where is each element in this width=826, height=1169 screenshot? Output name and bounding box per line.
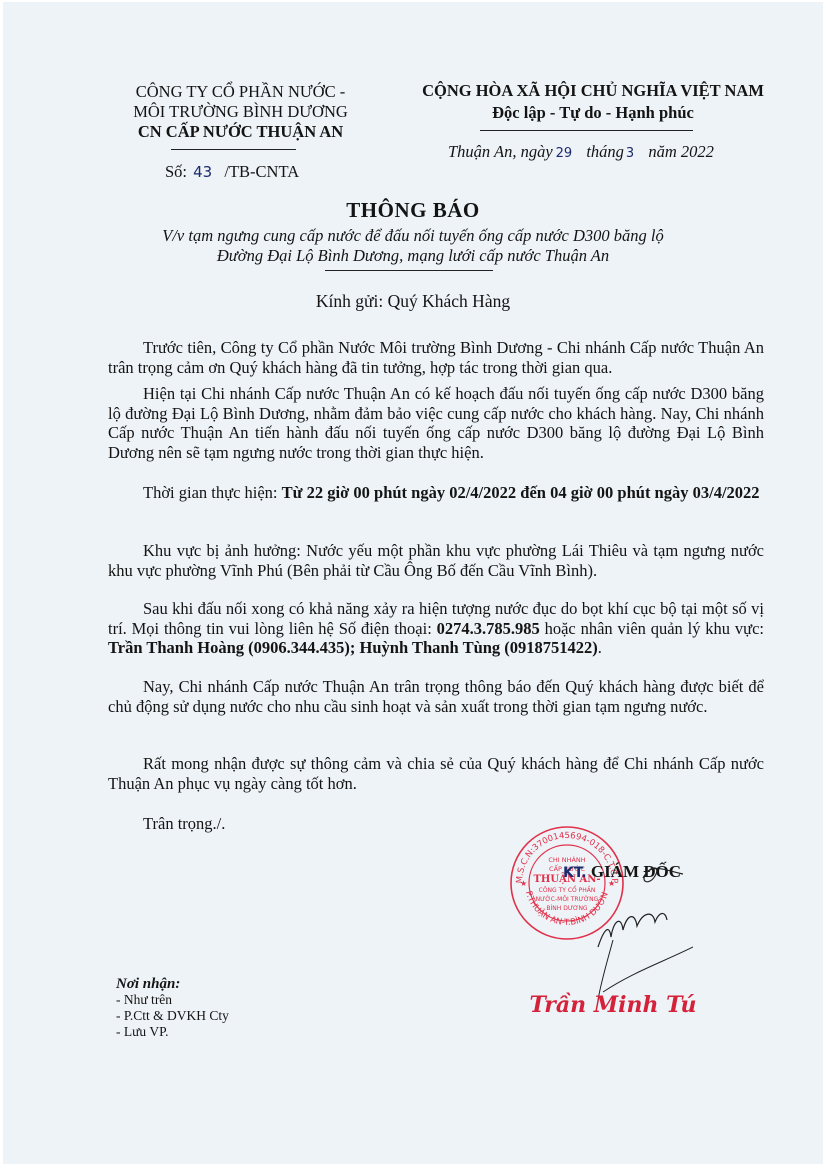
national-title: CỘNG HÒA XÃ HỘI CHỦ NGHĨA VIỆT NAM — [408, 80, 778, 102]
document-subject: V/v tạm ngưng cung cấp nước để đấu nối t… — [3, 226, 823, 266]
issue-date: Thuận An, ngày29 tháng3 năm 2022 — [448, 142, 714, 162]
recipients-title: Nơi nhận: — [116, 976, 229, 992]
national-header: CỘNG HÒA XÃ HỘI CHỦ NGHĨA VIỆT NAM Độc l… — [408, 80, 778, 124]
paragraph-3: Thời gian thực hiện: Từ 22 giờ 00 phút n… — [108, 483, 764, 503]
issuer-divider — [171, 149, 296, 150]
paragraph-5: Sau khi đấu nối xong có khả năng xảy ra … — [108, 599, 764, 658]
subject-line-2: Đường Đại Lộ Bình Dương, mạng lưới cấp n… — [3, 246, 823, 266]
document-page: CÔNG TY CỔ PHẦN NƯỚC - MÔI TRƯỜNG BÌNH D… — [3, 2, 823, 1164]
recipient-item: - Lưu VP. — [116, 1024, 229, 1040]
date-day: 29 — [556, 146, 573, 161]
hotline-number: 0274.3.785.985 — [437, 619, 540, 638]
paragraph-4: Khu vực bị ảnh hưởng: Nước yếu một phần … — [108, 541, 764, 580]
time-value: Từ 22 giờ 00 phút ngày 02/4/2022 đến 04 … — [282, 483, 760, 502]
paragraph-1: Trước tiên, Công ty Cổ phần Nước Môi trư… — [108, 338, 764, 377]
greeting: Kính gửi: Quý Khách Hàng — [3, 291, 823, 312]
subject-line-1: V/v tạm ngưng cung cấp nước để đấu nối t… — [3, 226, 823, 246]
issuer-line-2: MÔI TRƯỜNG BÌNH DƯƠNG — [113, 102, 368, 122]
p5-end: . — [598, 638, 602, 657]
paragraph-7-text: Rất mong nhận được sự thông cảm và chia … — [108, 754, 764, 793]
handwritten-signature-icon — [543, 852, 693, 1002]
issuer-line-1: CÔNG TY CỔ PHẦN NƯỚC - — [113, 82, 368, 102]
time-label: Thời gian thực hiện: — [143, 483, 282, 502]
date-month: 3 — [626, 146, 634, 161]
p5-text-b: hoặc nhân viên quản lý khu vực: — [540, 619, 764, 638]
recipients-block: Nơi nhận: - Như trên - P.Ctt & DVKH Cty … — [116, 976, 229, 1040]
paragraph-1-text: Trước tiên, Công ty Cổ phần Nước Môi trư… — [108, 338, 764, 377]
recipient-item: - Như trên — [116, 992, 229, 1008]
paragraph-2-text: Hiện tại Chi nhánh Cấp nước Thuận An có … — [108, 384, 764, 463]
document-number: Số: 43 /TB-CNTA — [165, 162, 299, 182]
recipient-item: - P.Ctt & DVKH Cty — [116, 1008, 229, 1024]
ref-number: 43 — [193, 163, 212, 181]
svg-text:★: ★ — [520, 879, 527, 888]
national-motto: Độc lập - Tự do - Hạnh phúc — [408, 102, 778, 124]
date-year: năm 2022 — [648, 142, 714, 161]
subject-divider — [325, 270, 493, 271]
motto-divider — [480, 130, 693, 131]
paragraph-6: Nay, Chi nhánh Cấp nước Thuận An trân tr… — [108, 677, 764, 716]
issuer-branch: CN CẤP NƯỚC THUẬN AN — [113, 122, 368, 142]
ref-suffix: /TB-CNTA — [224, 162, 299, 181]
contact-persons: Trần Thanh Hoàng (0906.344.435); Huỳnh T… — [108, 638, 598, 657]
date-month-label: tháng — [586, 142, 624, 161]
paragraph-4-text: Khu vực bị ảnh hưởng: Nước yếu một phần … — [108, 541, 764, 580]
closing-text: Trân trọng./. — [108, 814, 764, 834]
ref-prefix: Số: — [165, 162, 187, 181]
closing: Trân trọng./. — [108, 814, 764, 834]
paragraph-2: Hiện tại Chi nhánh Cấp nước Thuận An có … — [108, 384, 764, 463]
date-place: Thuận An, ngày — [448, 142, 553, 161]
issuer-block: CÔNG TY CỔ PHẦN NƯỚC - MÔI TRƯỜNG BÌNH D… — [113, 82, 368, 142]
signatory-name: Trần Minh Tú — [508, 992, 718, 1018]
document-title: THÔNG BÁO — [3, 198, 823, 223]
paragraph-6-text: Nay, Chi nhánh Cấp nước Thuận An trân tr… — [108, 677, 764, 716]
paragraph-7: Rất mong nhận được sự thông cảm và chia … — [108, 754, 764, 793]
